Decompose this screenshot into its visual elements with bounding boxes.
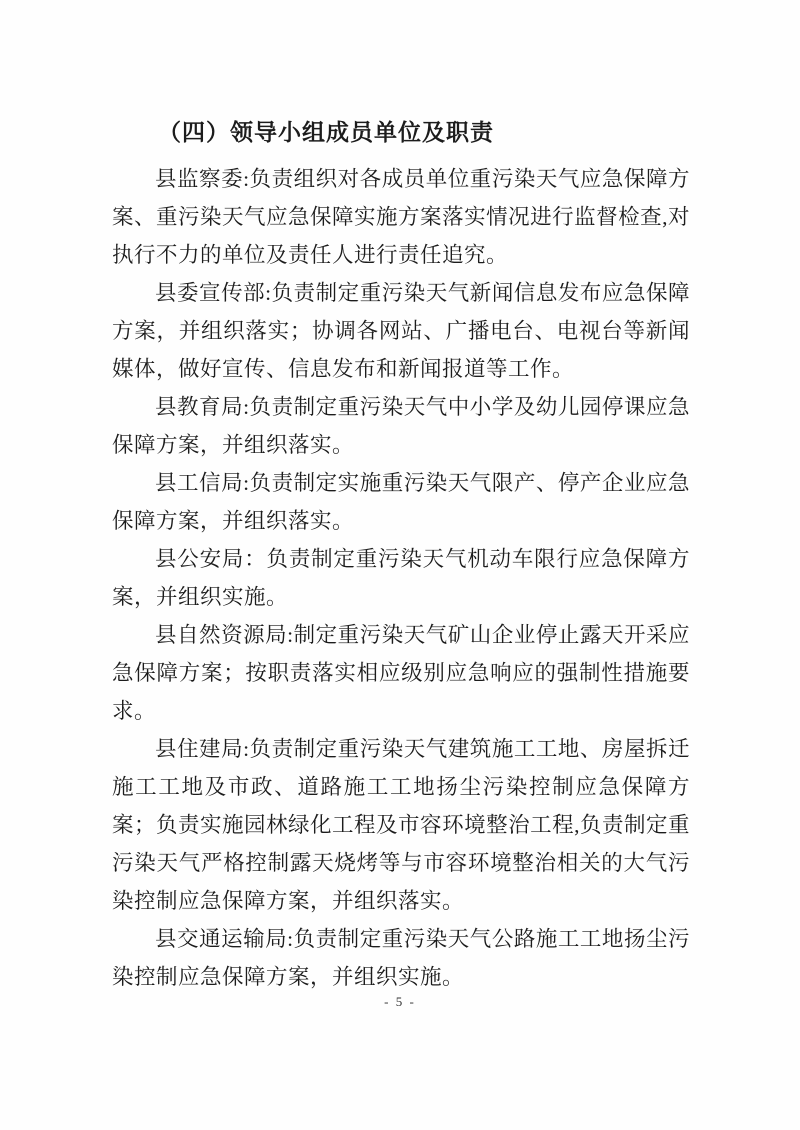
paragraph-transportation-bureau: 县交通运输局:负责制定重污染天气公路施工工地扬尘污染控制应急保障方案，并组织实施…: [112, 920, 690, 996]
paragraph-propaganda-department: 县委宣传部:负责制定重污染天气新闻信息发布应急保障方案，并组织落实；协调各网站、…: [112, 274, 690, 388]
document-body: （四）领导小组成员单位及职责 县监察委:负责组织对各成员单位重污染天气应急保障方…: [112, 116, 690, 996]
paragraph-supervision-committee: 县监察委:负责组织对各成员单位重污染天气应急保障方案、重污染天气应急保障实施方案…: [112, 160, 690, 274]
paragraph-public-security-bureau: 县公安局：负责制定重污染天气机动车限行应急保障方案，并组织实施。: [112, 540, 690, 616]
paragraph-industry-information-bureau: 县工信局:负责制定实施重污染天气限产、停产企业应急保障方案，并组织落实。: [112, 464, 690, 540]
paragraph-natural-resources-bureau: 县自然资源局:制定重污染天气矿山企业停止露天开采应急保障方案；按职责落实相应级别…: [112, 616, 690, 730]
paragraph-housing-construction-bureau: 县住建局:负责制定重污染天气建筑施工工地、房屋拆迁施工工地及市政、道路施工工地扬…: [112, 730, 690, 920]
page-number: - 5 -: [0, 994, 800, 1010]
document-page: （四）领导小组成员单位及职责 县监察委:负责组织对各成员单位重污染天气应急保障方…: [0, 0, 800, 1130]
paragraph-education-bureau: 县教育局:负责制定重污染天气中小学及幼儿园停课应急保障方案，并组织落实。: [112, 388, 690, 464]
section-heading: （四）领导小组成员单位及职责: [112, 116, 690, 150]
